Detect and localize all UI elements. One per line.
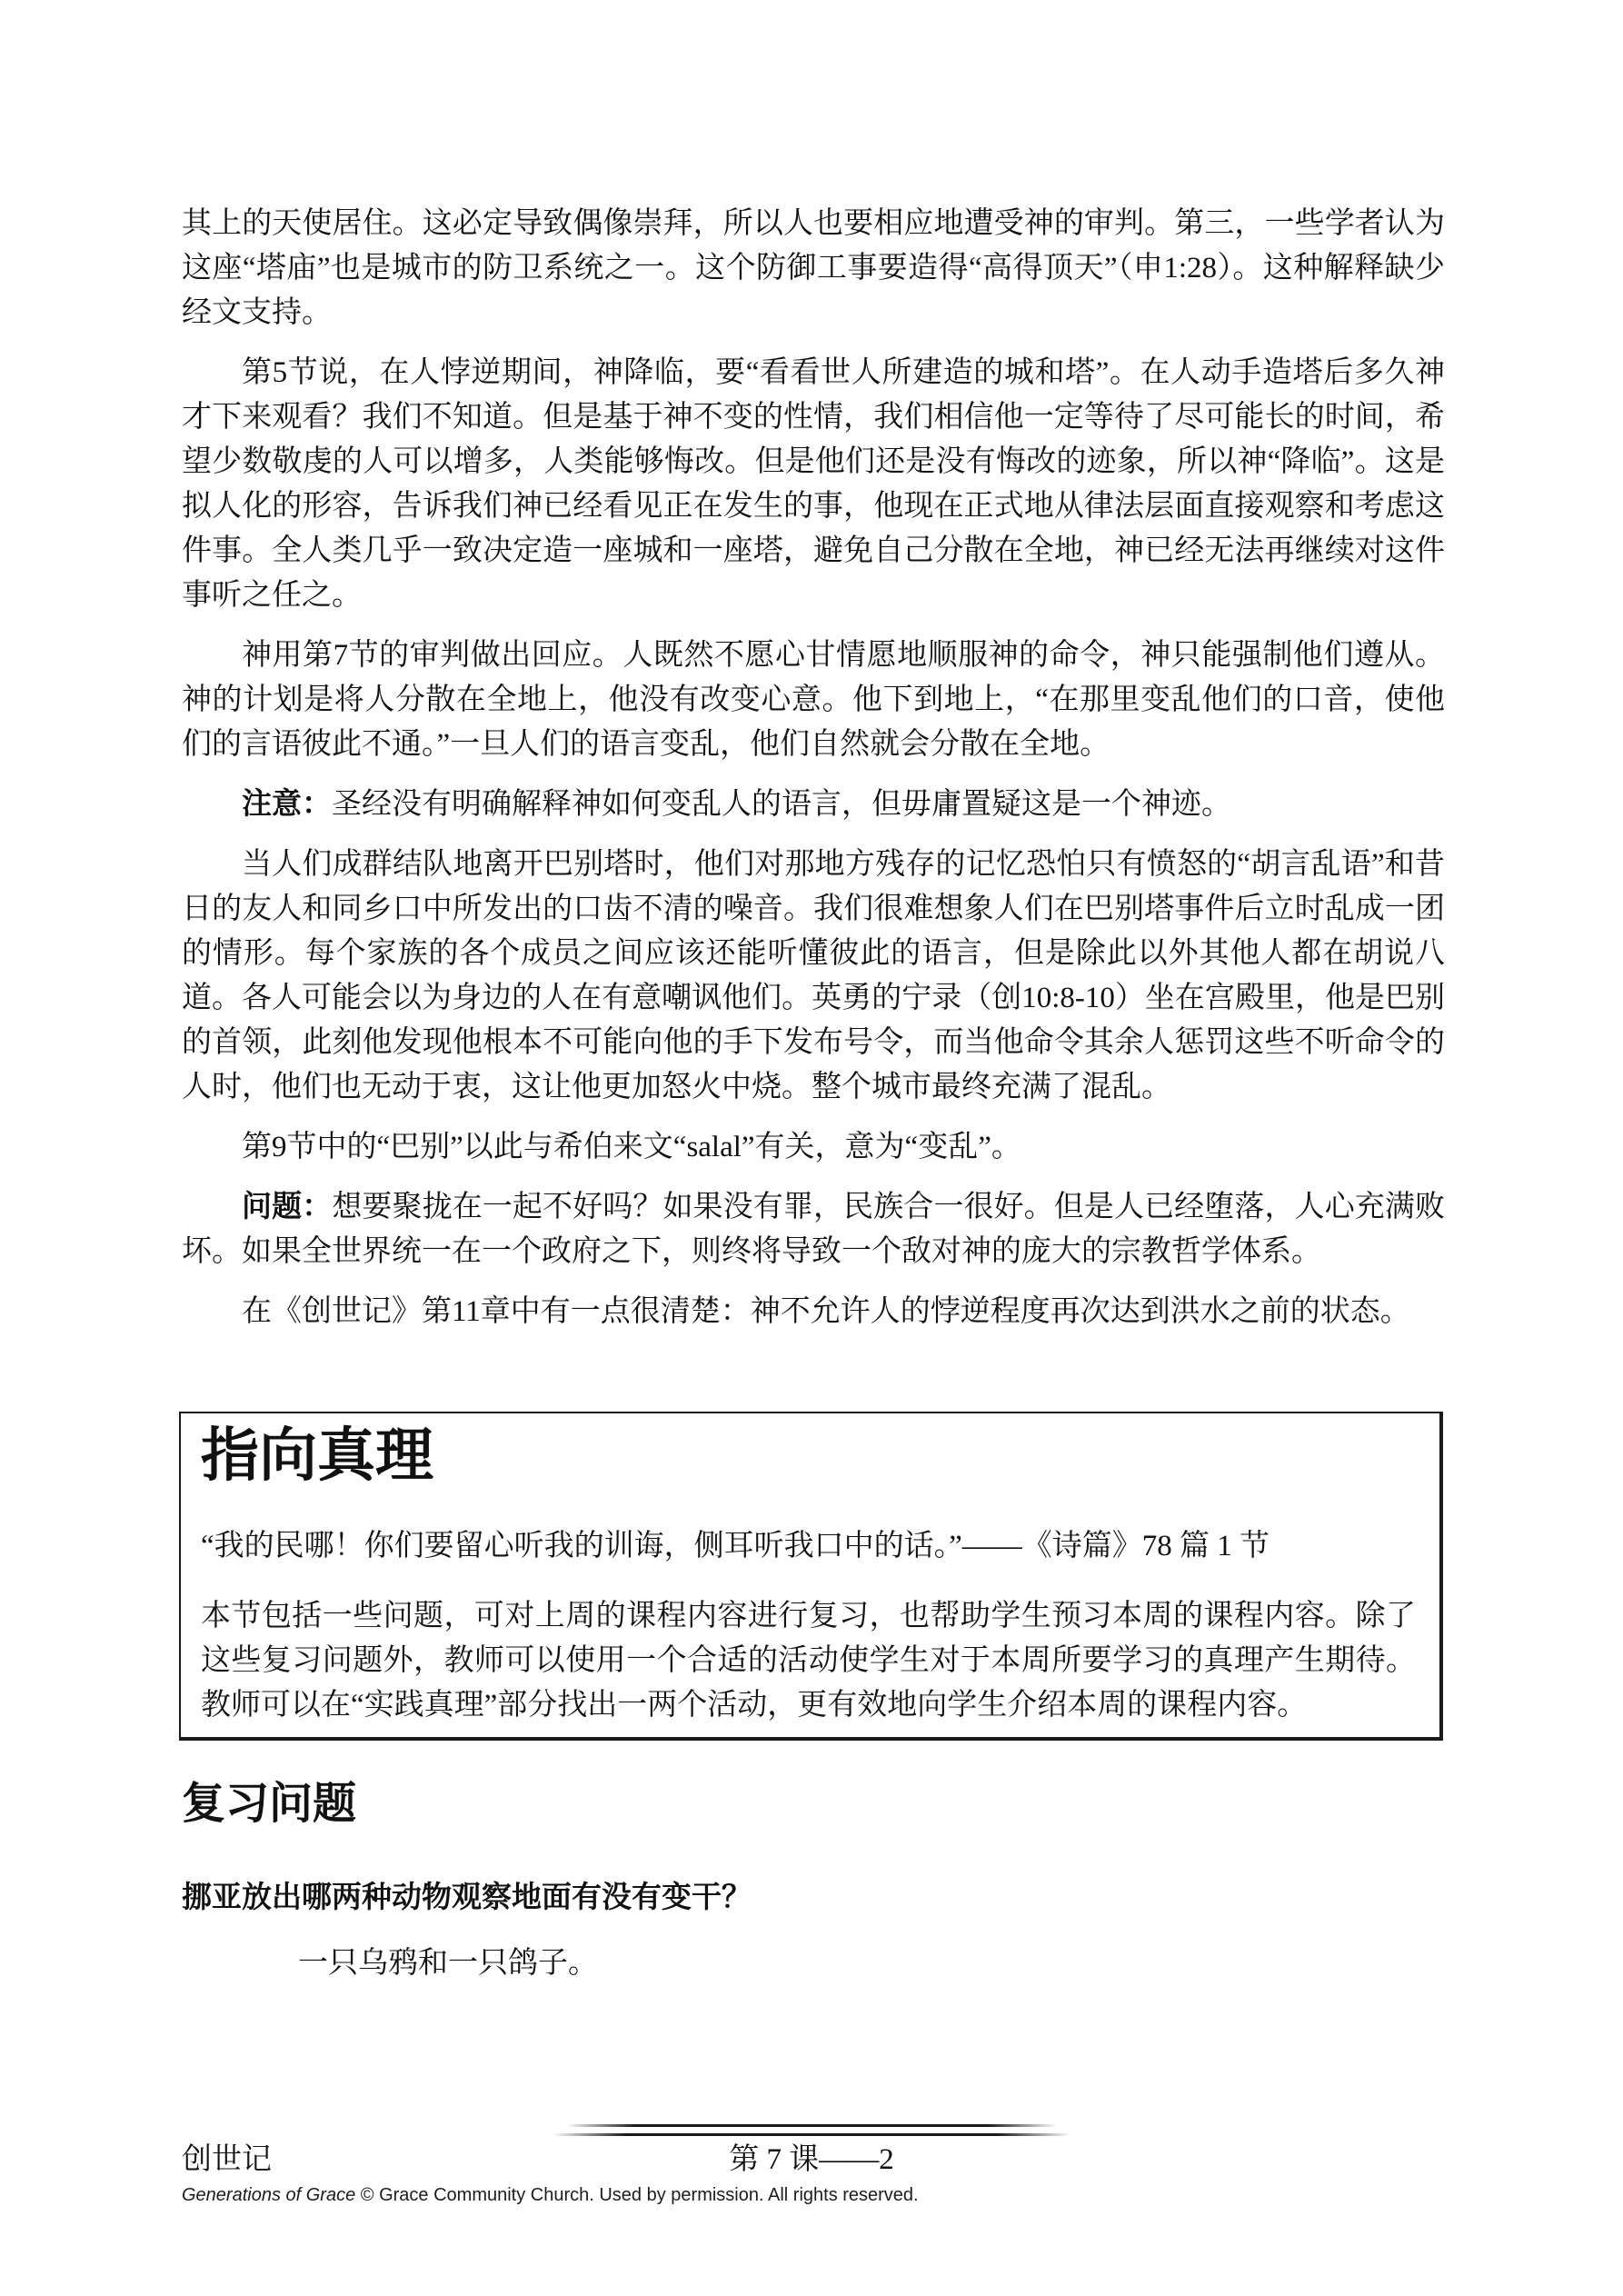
review-answer: 一只乌鸦和一只鸽子。 (298, 1942, 1443, 1986)
paragraph: 在《创世记》第11章中有一点很清楚：神不允许人的悖逆程度再次达到洪水之前的状态。 (182, 1290, 1445, 1334)
copyright-text: © Grace Community Church. Used by permis… (355, 2185, 918, 2205)
paragraph-question: 问题：想要聚拢在一起不好吗？如果没有罪，民族合一很好。但是人已经堕落，人心充满败… (182, 1185, 1445, 1274)
paragraph-text: 圣经没有明确解释神如何变乱人的语言，但毋庸置疑这是一个神迹。 (332, 788, 1231, 821)
paragraph: 神用第7节的审判做出回应。人既然不愿心甘情愿地顺服神的命令，神只能强制他们遵从。… (182, 634, 1445, 767)
copyright-series-title: Generations of Grace (182, 2185, 355, 2205)
document-page: 其上的天使居住。这必定导致偶像崇拜，所以人也要相应地遭受神的审判。第三，一些学者… (0, 0, 1623, 2296)
truth-section-heading: 指向真理 (201, 1423, 1416, 1490)
paragraph-text: 第5节说，在人悖逆期间，神降临，要“看看世人所建造的城和塔”。在人动手造塔后多久… (182, 356, 1445, 612)
truth-section-box: 指向真理 “我的民哪！你们要留心听我的训诲，侧耳听我口中的话。”——《诗篇》78… (179, 1412, 1443, 1741)
review-question: 挪亚放出哪两种动物观察地面有没有变干？ (182, 1876, 1445, 1921)
paragraph-text: 在《创世记》第11章中有一点很清楚：神不允许人的悖逆程度再次达到洪水之前的状态。 (242, 1295, 1410, 1328)
paragraph-text: 第9节中的“巴别”以此与希伯来文“salal”有关，意为“变乱”。 (242, 1131, 1021, 1163)
paragraph: 第9节中的“巴别”以此与希伯来文“salal”有关，意为“变乱”。 (182, 1125, 1445, 1170)
paragraph-text: 当人们成群结队地离开巴别塔时，他们对那地方残存的记忆恐怕只有愤怒的“胡言乱语”和… (182, 848, 1445, 1103)
footer-book-title: 创世记 (182, 2140, 272, 2180)
paragraph-text: 其上的天使居住。这必定导致偶像崇拜，所以人也要相应地遭受神的审判。第三，一些学者… (182, 207, 1445, 329)
paragraph: 当人们成群结队地离开巴别塔时，他们对那地方残存的记忆恐怕只有愤怒的“胡言乱语”和… (182, 843, 1445, 1110)
footer-divider (0, 2124, 1623, 2136)
divider-line-bottom (553, 2133, 1070, 2136)
truth-scripture-quote: “我的民哪！你们要留心听我的训诲，侧耳听我口中的话。”——《诗篇》78 篇 1 … (201, 1524, 1416, 1569)
question-label: 问题： (242, 1191, 332, 1223)
paragraph: 第5节说，在人悖逆期间，神降临，要“看看世人所建造的城和塔”。在人动手造塔后多久… (182, 351, 1445, 618)
footer-copyright: Generations of Grace © Grace Community C… (182, 2183, 919, 2207)
paragraph: 其上的天使居住。这必定导致偶像崇拜，所以人也要相应地遭受神的审判。第三，一些学者… (182, 202, 1445, 335)
footer-row: 创世记 第 7 课——2 (0, 2140, 1623, 2180)
truth-section-body: 本节包括一些问题，可对上周的课程内容进行复习，也帮助学生预习本周的课程内容。除了… (201, 1594, 1416, 1728)
paragraph-note: 注意：圣经没有明确解释神如何变乱人的语言，但毋庸置疑这是一个神迹。 (182, 783, 1445, 827)
review-section-heading: 复习问题 (182, 1778, 356, 1831)
paragraph-text: 想要聚拢在一起不好吗？如果没有罪，民族合一很好。但是人已经堕落，人心充满败坏。如… (182, 1191, 1445, 1268)
lesson-commentary: 其上的天使居住。这必定导致偶像崇拜，所以人也要相应地遭受神的审判。第三，一些学者… (182, 202, 1445, 1350)
note-label: 注意： (242, 788, 332, 821)
paragraph-text: 神用第7节的审判做出回应。人既然不愿心甘情愿地顺服神的命令，神只能强制他们遵从。… (182, 639, 1445, 761)
divider-line-top (566, 2124, 1057, 2127)
